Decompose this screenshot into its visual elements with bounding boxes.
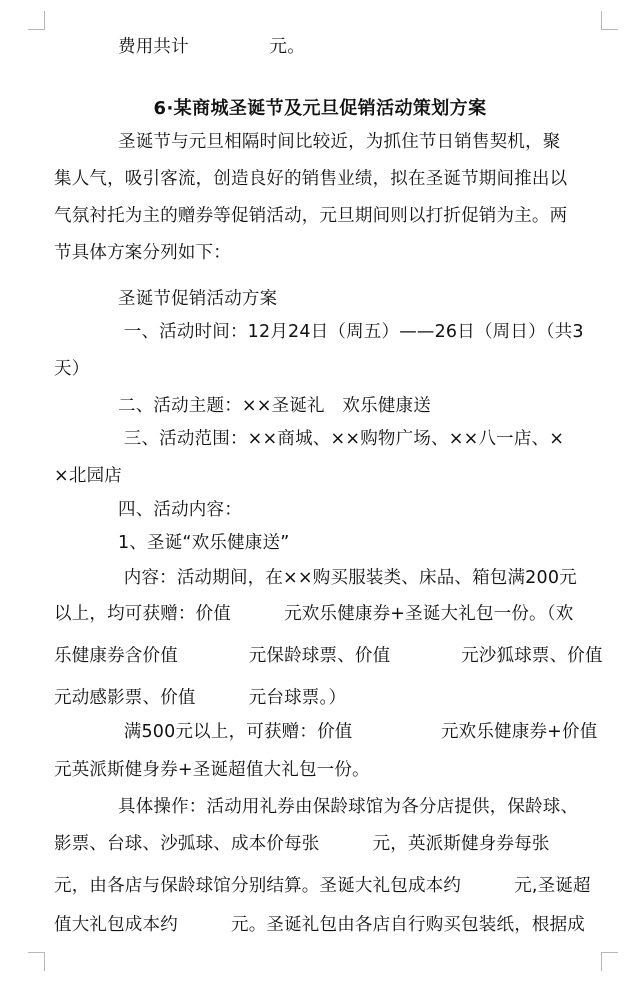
crop-mark-bottom-right: [601, 952, 618, 971]
paragraph-line: 满500元以上，可获赠：价值 元欢乐健康券+价值: [118, 720, 597, 744]
paragraph-line: 乐健康券含价值 元保龄球票、价值 元沙狐球票、价值: [54, 644, 603, 668]
paragraph-line: 元，由各店与保龄球馆分别结算。圣诞大礼包成本约 元,圣诞超: [54, 874, 591, 898]
paragraph-line: 圣诞节与元旦相隔时间比较近，为抓住节日销售契机，聚: [118, 130, 561, 154]
document-page: 费用共计 元。 6·某商城圣诞节及元旦促销活动策划方案 圣诞节与元旦相隔时间比较…: [0, 0, 640, 987]
paragraph-line: 元动感影票、价值 元台球票。）: [54, 686, 346, 710]
paragraph-line: 天）: [54, 357, 89, 381]
paragraph-line: 具体操作：活动用礼券由保龄球馆为各分店提供，保龄球、: [118, 795, 578, 819]
paragraph-line: 节具体方案分列如下：: [54, 241, 231, 265]
crop-mark-bottom-left: [28, 952, 45, 971]
paragraph-line: 集人气，吸引客流，创造良好的销售业绩，拟在圣诞节期间推出以: [54, 167, 567, 191]
cost-total-blank: [189, 37, 270, 57]
paragraph-line: 元英派斯健身券+圣诞超值大礼包一份。: [54, 758, 370, 782]
document-title: 6·某商城圣诞节及元旦促销活动策划方案: [0, 96, 640, 122]
cost-total-line: 费用共计 元。: [118, 35, 305, 59]
cost-total-suffix: 元。: [270, 37, 305, 57]
paragraph-line: 内容：活动期间，在××购买服装类、床品、箱包满200元: [118, 566, 577, 590]
paragraph-line: 气氛衬托为主的赠券等促销活动，元旦期间则以打折促销为主。两: [54, 204, 567, 228]
paragraph-line: 以上，均可获赠：价值 元欢乐健康券+圣诞大礼包一份。（欢: [54, 602, 573, 626]
paragraph-line: 四、活动内容：: [118, 498, 242, 522]
paragraph-line: 影票、台球、沙弧球、成本价每张 元，英派斯健身券每张: [54, 832, 550, 856]
paragraph-line: 一、活动时间：12月24日（周五）——26日（周日）（共3: [118, 320, 584, 344]
paragraph-line: ×北园店: [54, 464, 122, 488]
paragraph-line: 三、活动范围：××商城、××购物广场、××八一店、×: [118, 427, 564, 451]
cost-total-label: 费用共计: [118, 37, 189, 57]
paragraph-line: 1、圣诞“欢乐健康送”: [118, 531, 289, 555]
paragraph-line: 二、活动主题：××圣诞礼 欢乐健康送: [118, 394, 431, 418]
crop-mark-top-right: [601, 11, 618, 30]
crop-mark-top-left: [28, 11, 45, 30]
section-heading: 圣诞节促销活动方案: [118, 287, 277, 311]
paragraph-line: 值大礼包成本约 元。圣诞礼包由各店自行购买包装纸，根据成: [54, 913, 585, 937]
